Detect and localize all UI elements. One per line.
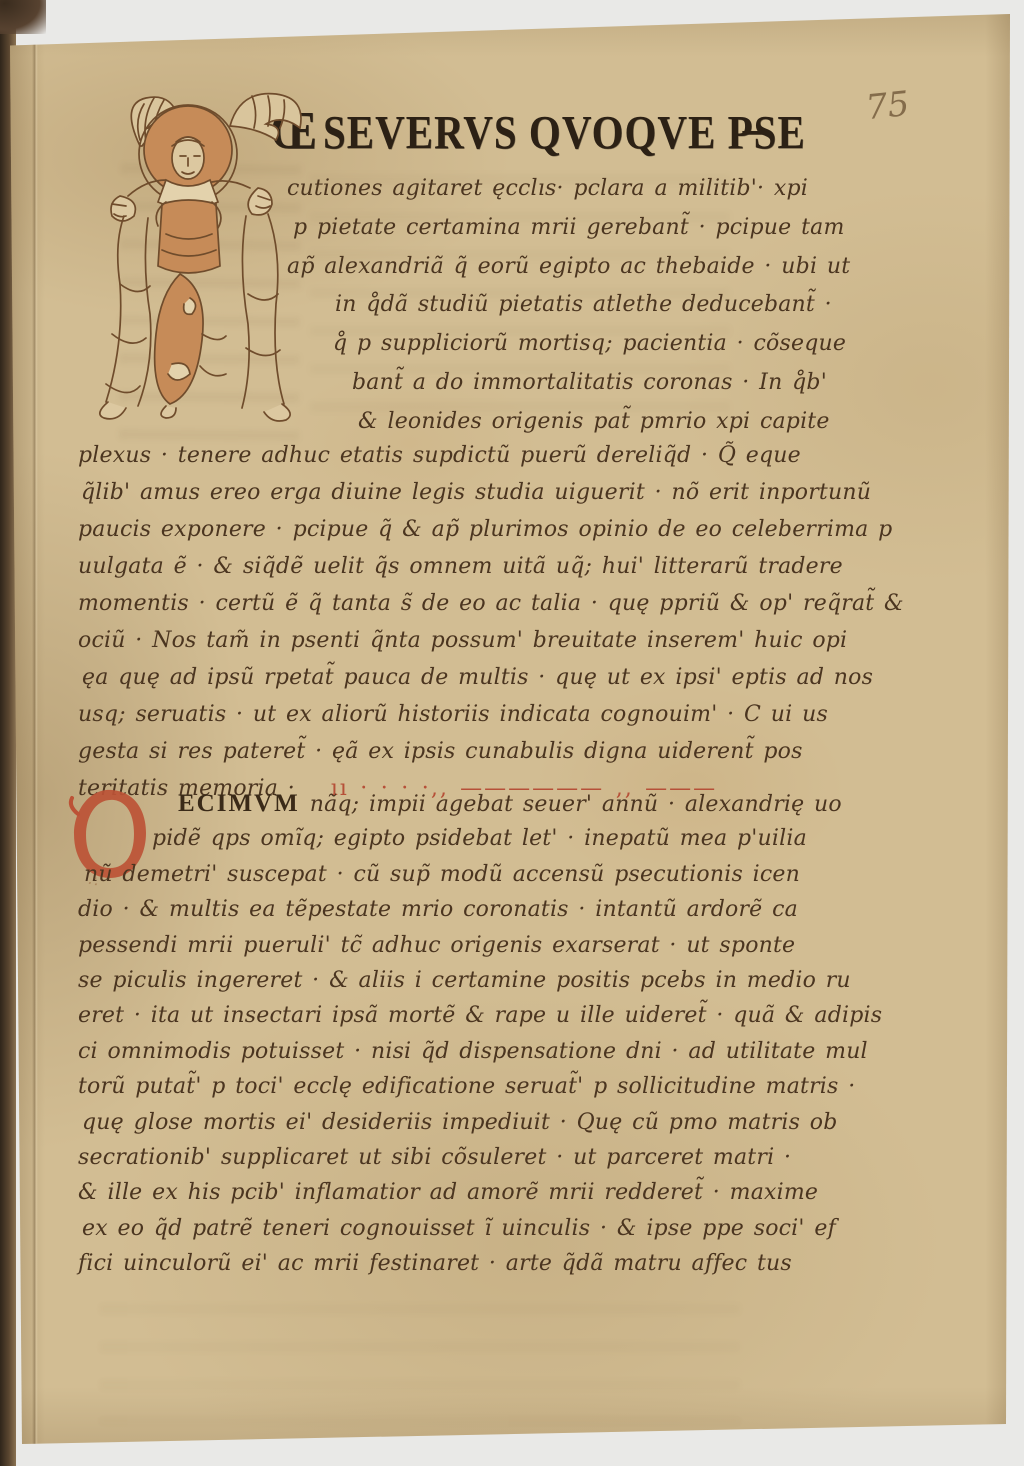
gutter-crease	[32, 14, 38, 1444]
text-line: pessendi mrii pueruli' tc̃ adhuc origeni…	[78, 928, 834, 963]
display-capitals-word: ECIMVM	[178, 790, 300, 817]
text-line: dio · & multis ea tẽpestate mrio coronat…	[78, 892, 834, 927]
binding-corner	[0, 0, 46, 34]
text-line: quę glose mortis ei' desideriis impediui…	[82, 1105, 834, 1140]
text-line: & leonides origenis pat̃ pmrio xpi capit…	[358, 403, 825, 442]
text-line: ap̃ alexandriã q̃ eorũ egipto ac thebaid…	[287, 248, 825, 287]
text-line: usq; seruatis · ut ex aliorũ historiis i…	[78, 696, 830, 733]
text-line-first: ECIMVMnãq; impii agebat seuer' annũ · al…	[178, 786, 834, 821]
text-line: cutiones agitaret ęcclıs· pclara a milit…	[287, 170, 825, 209]
text-line: paucis exponere · pcipue q̃ & ap̃ plurim…	[78, 511, 830, 548]
text-line: plexus · tenere adhuc etatis supdictũ pu…	[78, 437, 830, 474]
folio-number: 75	[864, 84, 911, 128]
text-line: torũ putat̃' p toci' ecclę edificatione …	[78, 1069, 834, 1104]
text-block-main: plexus · tenere adhuc etatis supdictũ pu…	[78, 437, 830, 807]
text-line: secrationib' supplicaret ut sibi cõsuler…	[78, 1140, 834, 1175]
text-line: momentis · certũ ẽ q̃ tanta s̃ de eo ac …	[78, 585, 830, 622]
text-line: nũ demetri' suscepat · cũ sup̃ modũ acce…	[84, 857, 834, 892]
text-line: ociũ · Nos tam̃ in psenti q̃nta possum' …	[78, 622, 830, 659]
page-heading: ŒSEVERVS QVOQVE P̶SE	[270, 100, 790, 162]
text-line: ci omnimodis potuisset · nisi q̃d dispen…	[78, 1034, 834, 1069]
text-block-beside-miniature: cutiones agitaret ęcclıs· pclara a milit…	[280, 170, 825, 442]
text-line: in q̊dã studiũ pietatis atlethe deduceba…	[335, 286, 825, 325]
heading-text: SEVERVS QVOQVE P̶SE	[323, 106, 806, 159]
text-line: bant̃ a do immortalitatis coronas · In q…	[352, 364, 825, 403]
text-line: q̊ p suppliciorũ mortisq; pacientia · cõ…	[333, 325, 825, 364]
text-line: ęa quę ad ipsũ rpetat̃ pauca de multis ·…	[82, 659, 830, 696]
text-line: q̃lib' amus ereo erga diuine legis studi…	[81, 474, 830, 511]
text-block-paragraph2: ECIMVMnãq; impii agebat seuer' annũ · al…	[78, 786, 834, 1281]
text-line: & ille ex his pcib' inflamatior ad amorẽ…	[78, 1175, 834, 1210]
text-line: p pietate certamina mrii gerebant̃ · pci…	[293, 209, 825, 248]
text-line-rest: nãq; impii agebat seuer' annũ · alexandr…	[310, 792, 842, 817]
text-line: se piculis ingereret · & aliis i certami…	[78, 963, 834, 998]
text-line: eret · ita ut insectari ipsã mortẽ & rap…	[78, 998, 834, 1033]
text-line: uulgata ẽ · & siq̃dẽ uelit q̃s omnem uit…	[78, 548, 830, 585]
text-line: fici uinculorũ ei' ac mrii festinaret · …	[78, 1246, 834, 1281]
text-line: pidẽ qps omĩq; egipto psidebat let' · in…	[152, 821, 834, 856]
text-line: ex eo q̃d patrẽ teneri cognouisset ĩ uin…	[82, 1211, 834, 1246]
ink-showthrough	[100, 1304, 740, 1424]
text-line: gesta si res pateret̃ · ęã ex ipsis cuna…	[78, 733, 830, 770]
